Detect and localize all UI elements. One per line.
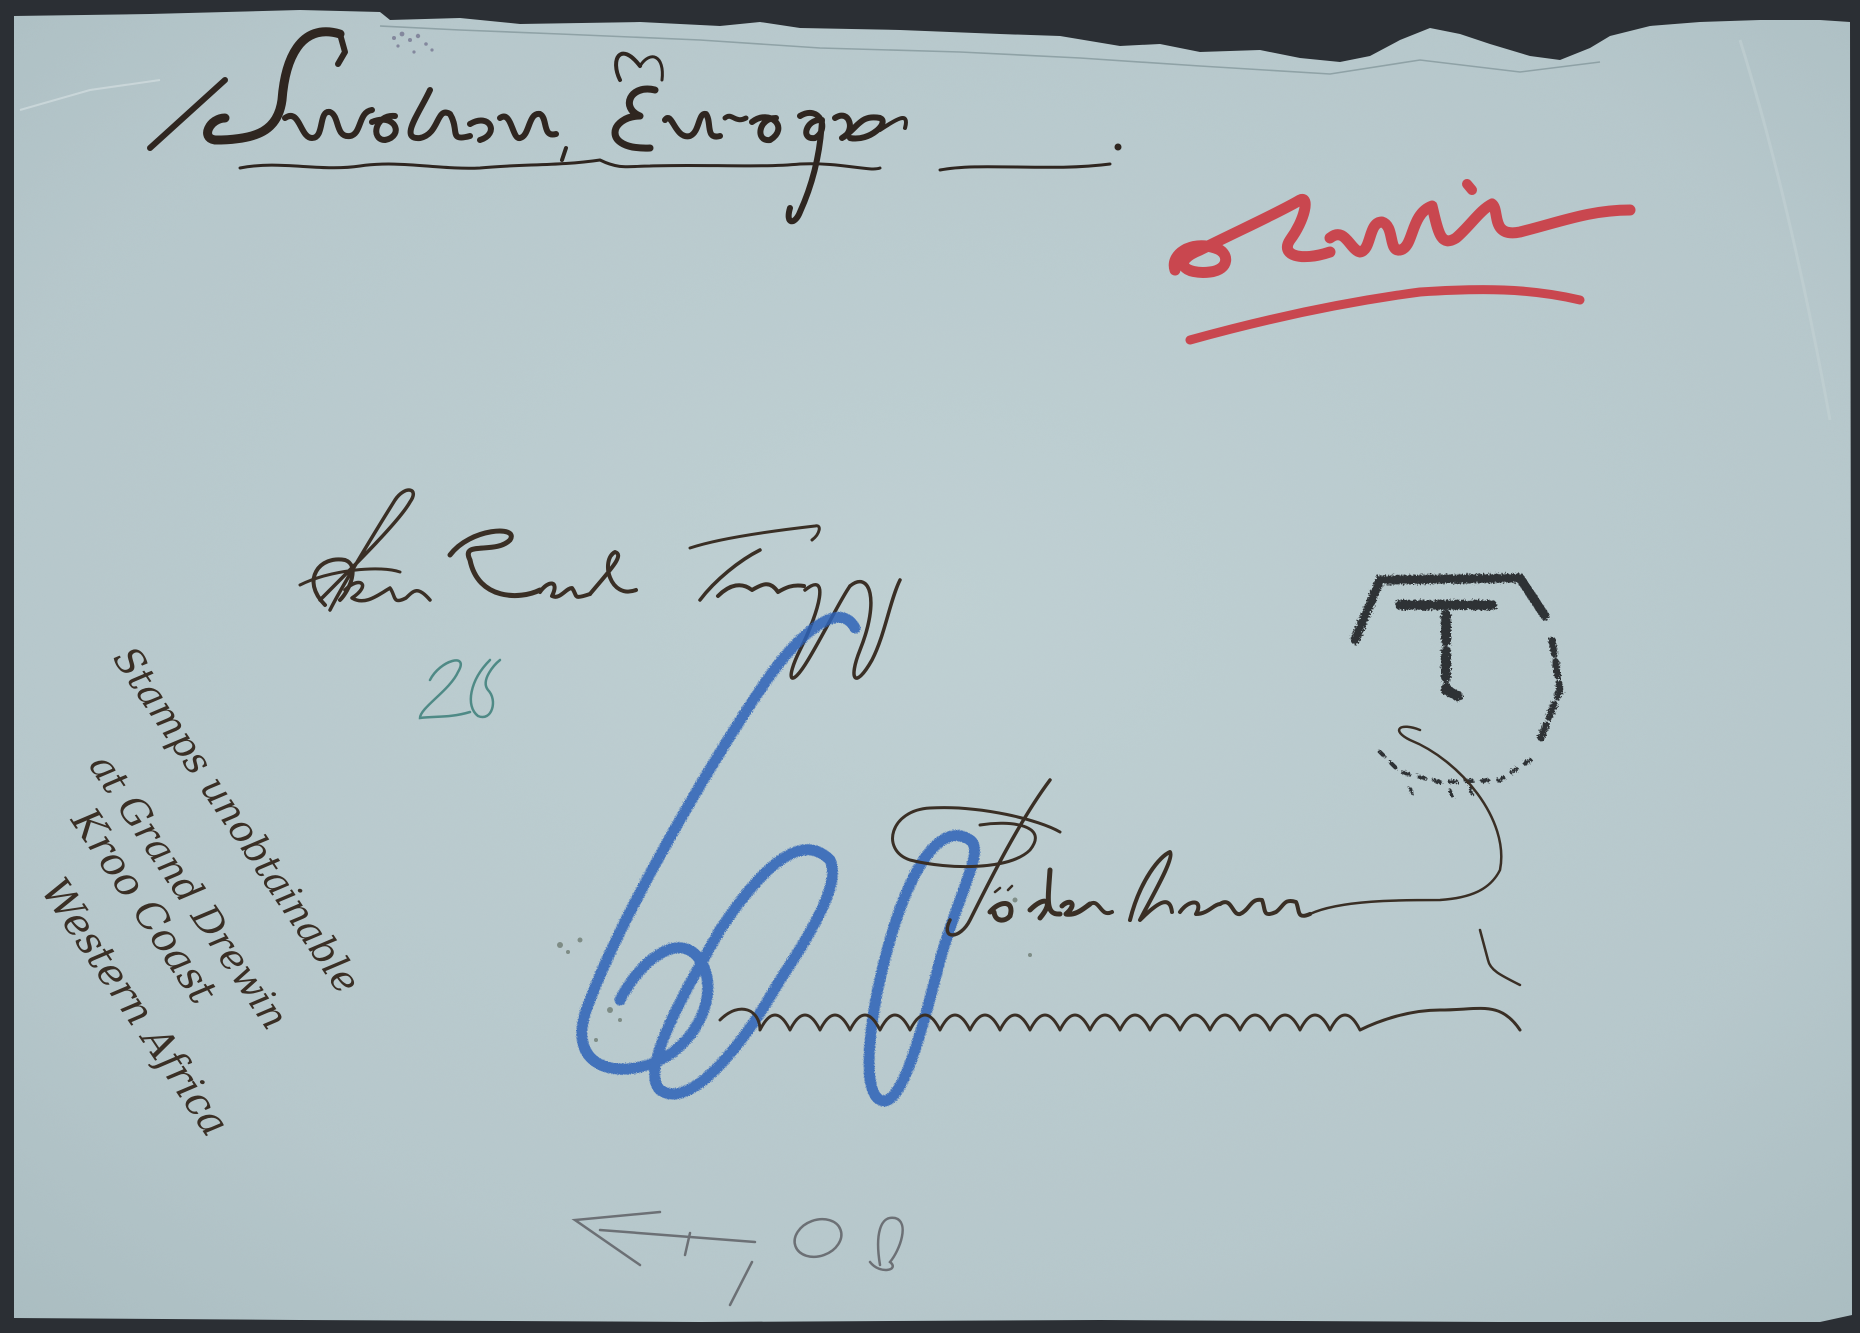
envelope-front: Stamps unobtainable at Grand Drewin Kroo…	[0, 0, 1860, 1333]
